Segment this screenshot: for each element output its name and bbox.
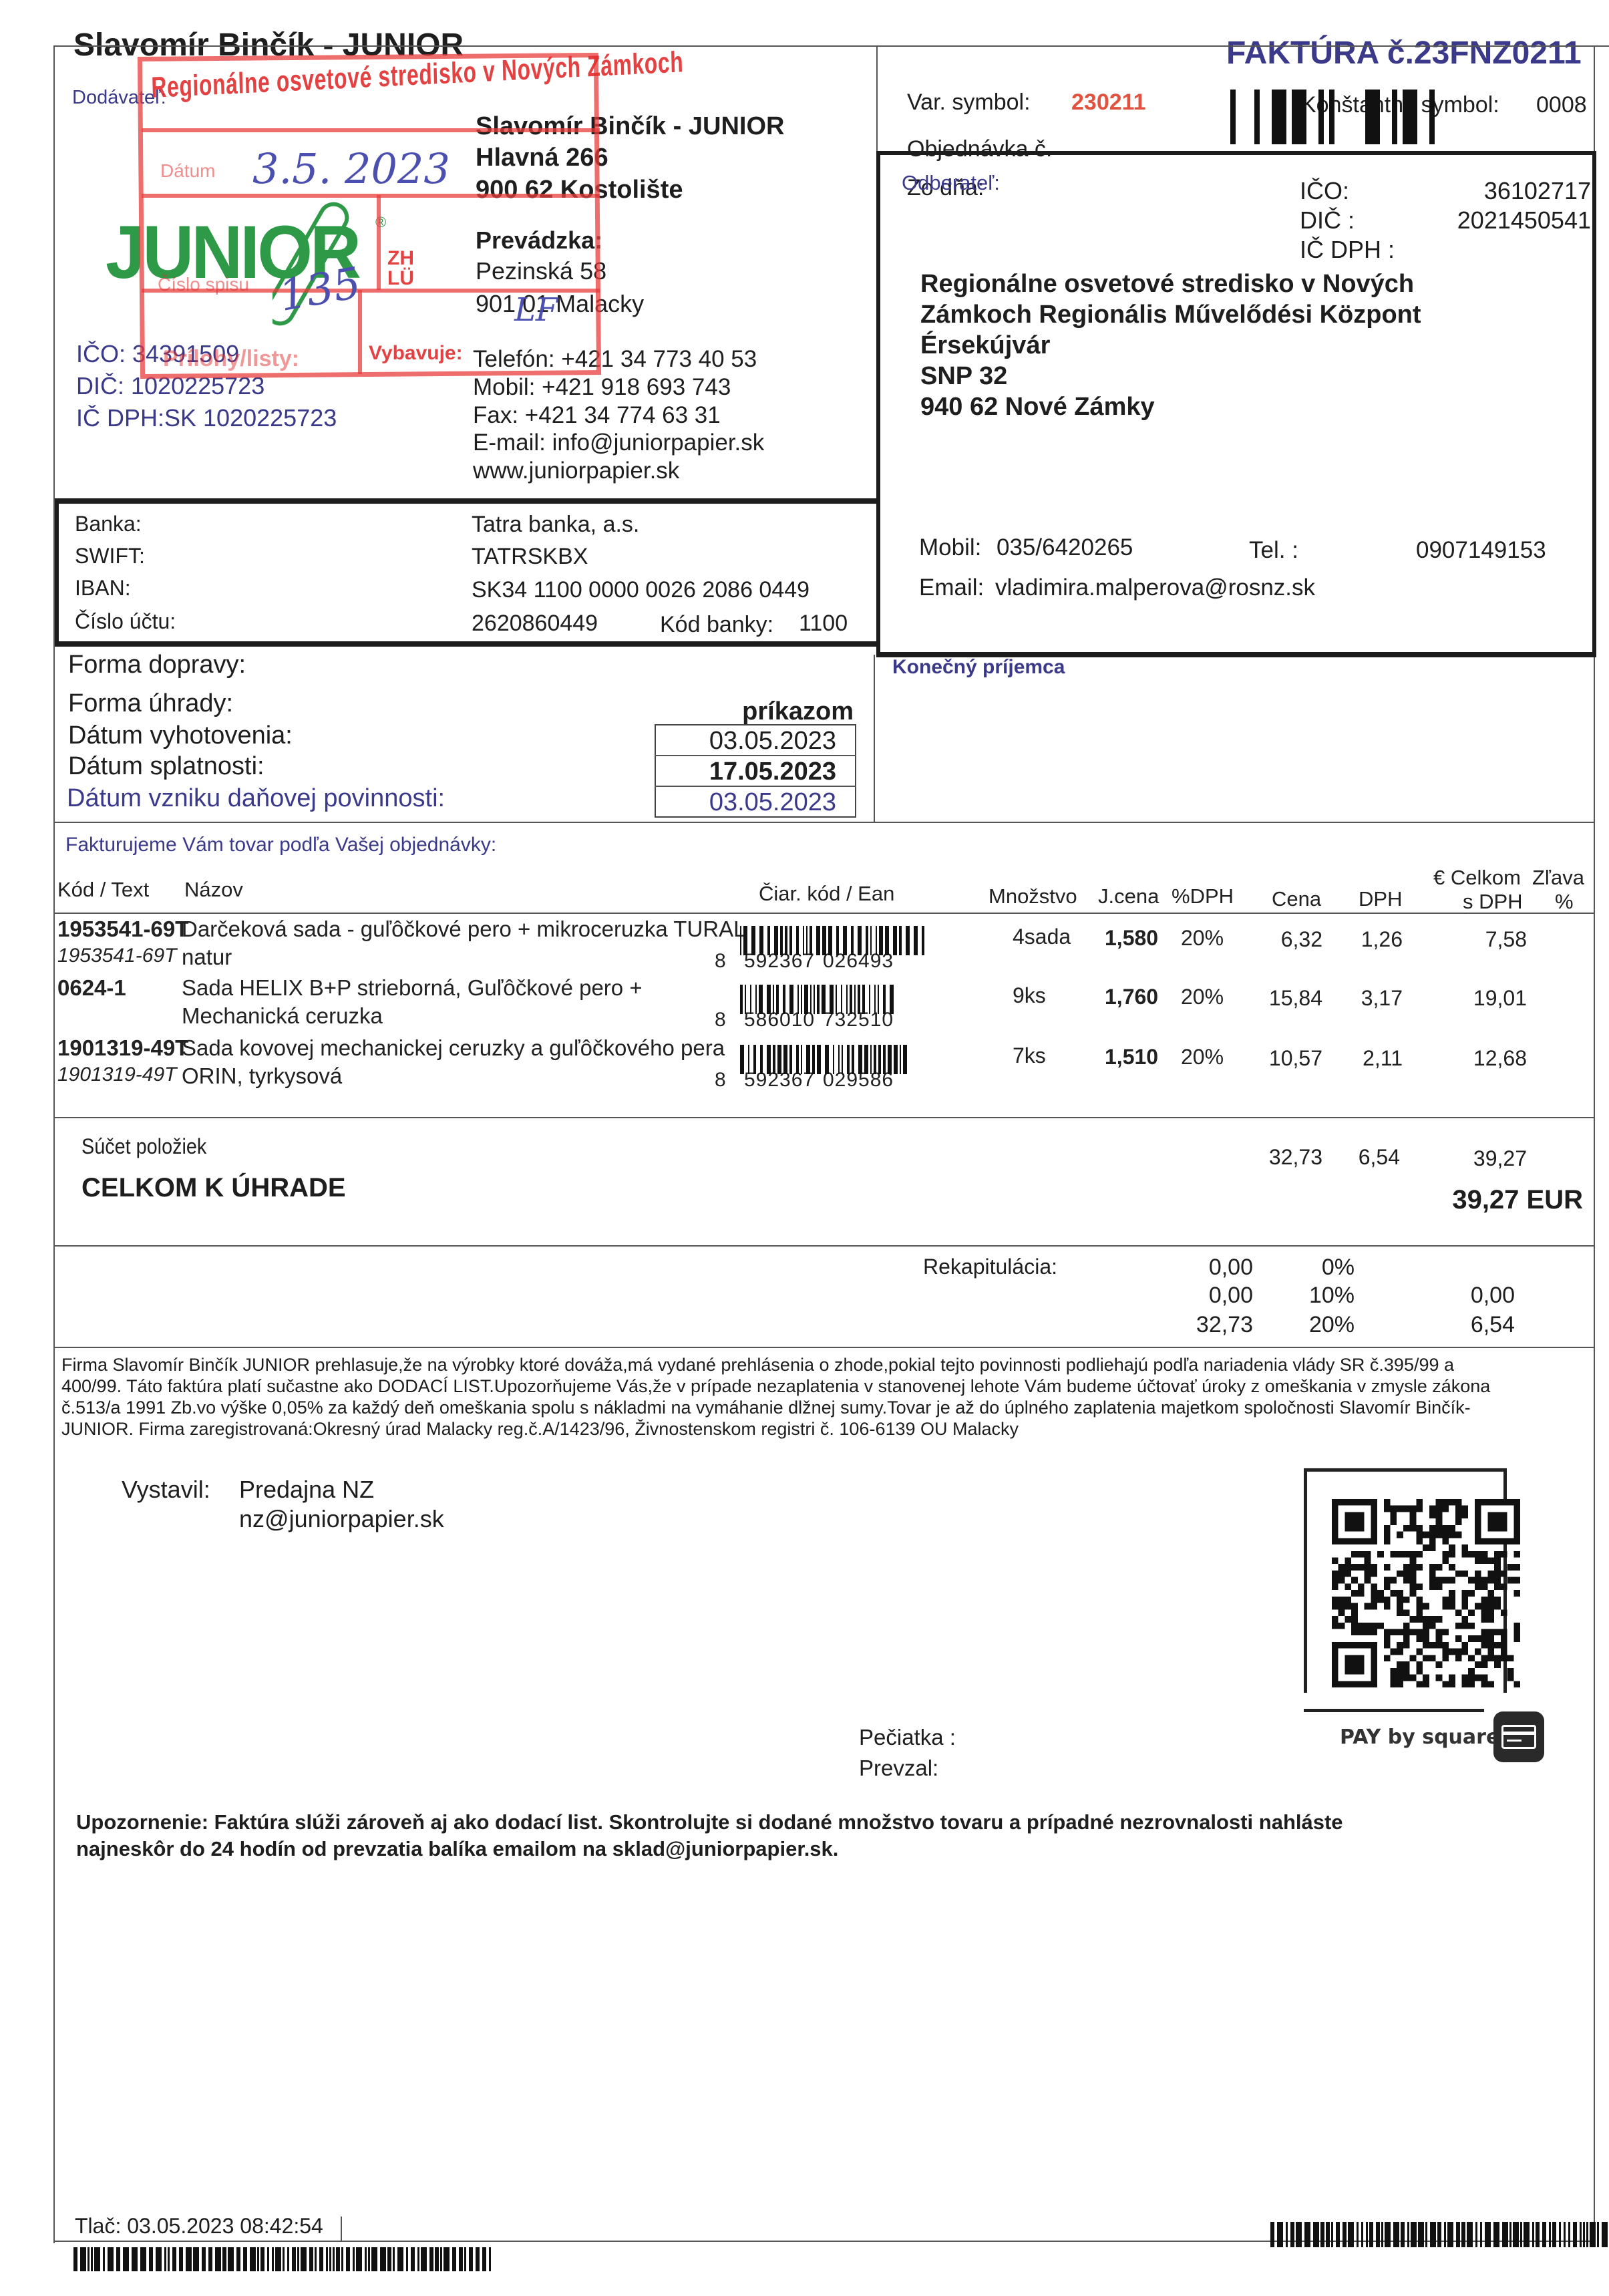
legal-line: č.513/a 1991 Zb.vo výške 0,05% za každý … (61, 1399, 1471, 1417)
item-code: 0624-1 (57, 977, 126, 999)
customer-tel-label: Tel. : (1249, 538, 1298, 562)
customer-tel-value: 0907149153 (1416, 538, 1546, 562)
sum-total: 39,27 (1409, 1148, 1527, 1169)
item-name-2: Mechanická ceruzka (182, 1005, 383, 1027)
due-date-value: 17.05.2023 (657, 759, 836, 784)
left-border (53, 45, 55, 2243)
customer-ico-label: IČO: (1300, 179, 1349, 203)
stamp-handled-label: Vybavuje: (369, 343, 463, 363)
credit-card-icon (1493, 1711, 1544, 1762)
var-symbol-value: 230211 (1071, 91, 1146, 114)
issuer-name: Predajna NZ (239, 1478, 374, 1502)
invoice-barcode (1230, 90, 1435, 144)
swift-value: TATRSKBX (472, 545, 588, 568)
col-name: Názov (184, 879, 243, 900)
qr-frame-bottom (1304, 1709, 1484, 1712)
ean-prefix: 8 (715, 1010, 726, 1030)
item-vat: 1,26 (1309, 929, 1403, 950)
customer-name-line3: Érsekújvár (920, 333, 1050, 358)
transport-label: Forma dopravy: (68, 652, 246, 677)
bank-label: Banka: (75, 513, 142, 534)
item-vat: 3,17 (1309, 987, 1403, 1009)
item-qty: 7ks (1013, 1045, 1046, 1066)
customer-ic-dph-label: IČ DPH : (1300, 238, 1395, 262)
stamp-date-label: Dátum (160, 162, 215, 180)
tax-date-value: 03.05.2023 (657, 790, 836, 815)
recap-vat: 0,00 (1403, 1284, 1515, 1307)
stamp-zh: ZH (387, 249, 414, 269)
stamp-number-label: Číslo spisu (158, 275, 249, 294)
legal-line: 400/99. Táto faktúra platí sučastne ako … (61, 1377, 1490, 1396)
issue-date-label: Dátum vyhotovenia: (68, 723, 293, 748)
item-price: 10,57 (1216, 1047, 1322, 1069)
recap-label: Rekapitulácia: (923, 1256, 1057, 1277)
const-symbol-value: 0008 (1536, 94, 1587, 116)
legal-line: Firma Slavomír Binčík JUNIOR prehlasuje,… (61, 1356, 1454, 1374)
invoice-title: FAKTÚRA č.23FNZ0211 (1226, 37, 1582, 69)
bank-value: Tatra banka, a.s. (472, 513, 639, 536)
terms-divider (874, 655, 875, 822)
supplier-mobile: Mobil: +421 918 693 743 (473, 375, 731, 399)
item-name-1: Sada kovovej mechanickej ceruzky a guľôč… (182, 1037, 725, 1059)
stamp-divider (142, 128, 600, 132)
issuer-email[interactable]: nz@juniorpapier.sk (239, 1507, 444, 1531)
items-intro: Fakturujeme Vám tovar podľa Vašej objedn… (65, 835, 496, 855)
totals-divider (55, 1245, 1595, 1247)
footer-barcode-left (73, 2247, 494, 2271)
item-total: 12,68 (1409, 1047, 1527, 1069)
col-price: Cena (1272, 888, 1321, 909)
col-vat-pct: %DPH (1172, 886, 1234, 907)
swift-label: SWIFT: (75, 545, 145, 566)
supplier-ic-dph: IČ DPH:SK 1020225723 (76, 406, 337, 430)
col-discount-line2: % (1555, 891, 1574, 912)
dates-divider (655, 786, 856, 787)
section-divider (55, 822, 1595, 823)
grand-total-value: 39,27 EUR (1336, 1186, 1583, 1213)
payment-form-label: Forma úhrady: (68, 691, 233, 716)
recap-base: 0,00 (1162, 1256, 1253, 1279)
stamp-divider (377, 195, 381, 290)
notice-line2: najneskôr do 24 hodín od prevzatia balík… (76, 1838, 838, 1859)
item-unit-price: 1,760 (1105, 986, 1158, 1007)
customer-name-line2: Zámkoch Regionális Művelődési Központ (920, 302, 1421, 327)
qr-caption: PAY by square (1340, 1728, 1499, 1748)
supplier-fax: Fax: +421 34 774 63 31 (473, 403, 721, 427)
item-name-2: natur (182, 946, 232, 968)
item-qty: 9ks (1013, 985, 1046, 1006)
customer-email-label: Email: (919, 576, 984, 599)
stamp-label: Pečiatka : (859, 1726, 956, 1748)
payment-form-value: príkazom (668, 699, 854, 724)
customer-ico-value: 36102717 (1403, 179, 1591, 203)
item-vat: 2,11 (1309, 1047, 1403, 1069)
col-ean: Čiar. kód / Ean (759, 883, 894, 904)
bank-code-value: 1100 (799, 612, 848, 635)
item-unit-price: 1,580 (1105, 927, 1158, 949)
item-name-1: Sada HELIX B+P strieborná, Guľôčkové per… (182, 977, 643, 999)
recap-base: 32,73 (1162, 1313, 1253, 1336)
ean-barcode (740, 1045, 909, 1074)
stamp-border (138, 53, 601, 379)
account-label: Číslo účtu: (75, 611, 176, 632)
customer-name-line1: Regionálne osvetové stredisko v Nových (920, 271, 1414, 297)
top-border (53, 45, 1609, 47)
col-unit-price: J.cena (1098, 886, 1159, 907)
customer-street: SNP 32 (920, 363, 1007, 389)
footer-divider-v (341, 2217, 342, 2242)
item-price: 15,84 (1216, 987, 1322, 1009)
received-label: Prevzal: (859, 1757, 938, 1779)
recap-rate: 10% (1256, 1284, 1355, 1307)
item-qty: 4sada (1013, 926, 1071, 947)
col-total-line2: s DPH (1463, 891, 1523, 912)
issue-date-value: 03.05.2023 (657, 728, 836, 754)
recap-divider (55, 1347, 1595, 1348)
footer-barcode-right (1270, 2222, 1609, 2247)
legal-line: JUNIOR. Firma zaregistrovaná:Okresný úra… (61, 1420, 1019, 1438)
item-total: 7,58 (1409, 929, 1527, 950)
col-discount-line1: Zľava (1532, 867, 1584, 888)
iban-value: SK34 1100 0000 0026 2086 0449 (472, 579, 810, 601)
item-code-sub: 1901319-49T (57, 1065, 176, 1085)
final-recipient-label: Konečný príjemca (892, 657, 1065, 677)
stamp-handled-handwritten: LF (514, 294, 558, 326)
customer-label: Odberateľ: (902, 172, 1000, 193)
item-code: 1901319-49T (57, 1037, 188, 1059)
stamp-lu: LÜ (387, 269, 414, 289)
stamp-divider (142, 194, 600, 198)
print-timestamp: Tlač: 03.05.2023 08:42:54 (75, 2215, 323, 2237)
item-code: 1953541-69T (57, 918, 188, 940)
table-header-divider (55, 913, 1595, 914)
notice-line1: Upozornenie: Faktúra slúži zároveň aj ak… (76, 1812, 1343, 1832)
item-code-sub: 1953541-69T (57, 946, 176, 966)
recap-rate: 20% (1256, 1313, 1355, 1336)
tax-date-label: Dátum vzniku daňovej povinnosti: (67, 786, 445, 811)
col-qty: Množstvo (989, 886, 1077, 907)
ean-barcode (740, 985, 898, 1014)
col-total-line1: € Celkom (1433, 867, 1521, 888)
table-bottom-divider (55, 1117, 1595, 1118)
customer-mobile-value: 035/6420265 (997, 536, 1133, 559)
customer-mobile-label: Mobil: (919, 536, 981, 559)
supplier-web[interactable]: www.juniorpapier.sk (473, 459, 679, 482)
iban-label: IBAN: (75, 577, 131, 599)
customer-dic-value: 2021450541 (1403, 208, 1591, 232)
item-name-1: Darčeková sada - guľôčkové pero + mikroc… (182, 918, 745, 940)
item-name-2: ORIN, tyrkysová (182, 1065, 342, 1087)
dates-divider (655, 755, 856, 756)
col-code: Kód / Text (57, 879, 149, 900)
issuer-label: Vystavil: (122, 1478, 210, 1502)
stamp-attachments-label: Prílohy/listy: (163, 347, 299, 370)
supplier-email[interactable]: E-mail: info@juniorpapier.sk (473, 431, 764, 454)
qr-code[interactable] (1332, 1499, 1520, 1687)
customer-email-value[interactable]: vladimira.malperova@rosnz.sk (995, 576, 1315, 599)
item-price: 6,32 (1216, 929, 1322, 950)
col-vat: DPH (1359, 888, 1402, 909)
var-symbol-label: Var. symbol: (907, 91, 1031, 114)
recap-vat: 6,54 (1403, 1313, 1515, 1336)
customer-city: 940 62 Nové Zámky (920, 394, 1155, 420)
item-unit-price: 1,510 (1105, 1046, 1158, 1068)
sum-vat: 6,54 (1309, 1146, 1400, 1168)
due-date-label: Dátum splatnosti: (68, 754, 264, 779)
sum-label: Súčet položiek (81, 1136, 206, 1157)
sum-price: 32,73 (1202, 1146, 1322, 1168)
ean-prefix: 8 (715, 1070, 726, 1090)
ean-prefix: 8 (715, 951, 726, 971)
stamp-date-handwritten: 3.5. 2023 (252, 148, 450, 190)
bank-code-label: Kód banky: (660, 613, 773, 636)
ean-barcode (740, 926, 928, 955)
recap-base: 0,00 (1162, 1284, 1253, 1307)
account-value: 2620860449 (472, 612, 598, 635)
recap-rate: 0% (1256, 1256, 1355, 1279)
customer-dic-label: DIČ : (1300, 208, 1355, 232)
grand-total-label: CELKOM K ÚHRADE (81, 1174, 346, 1201)
item-total: 19,01 (1409, 987, 1527, 1009)
